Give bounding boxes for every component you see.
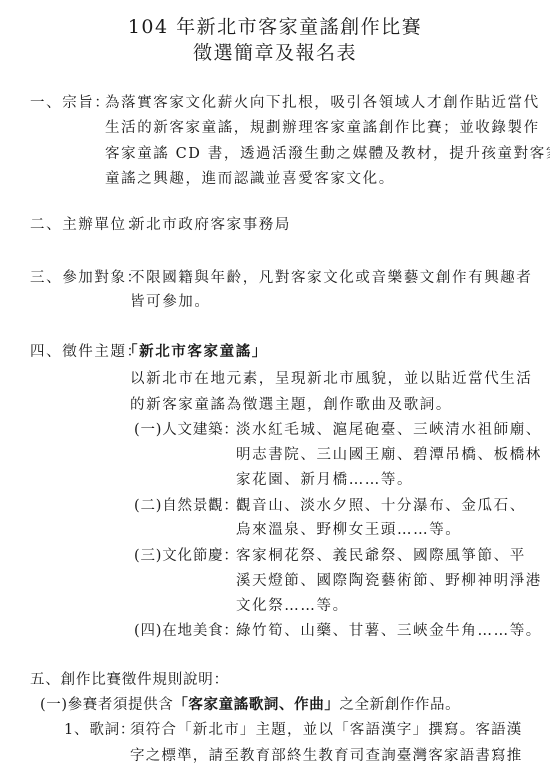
item-line: 客家桐花祭、義民爺祭、國際風箏節、平: [236, 546, 526, 566]
organizer-name: 新北市政府客家事務局: [130, 215, 291, 235]
item-label: (二)自然景觀：: [134, 496, 239, 516]
section-heading: 一、宗旨：: [30, 93, 111, 113]
item-line: 文化祭……等。: [236, 596, 349, 616]
rule-text: 之全新創作作品。: [339, 697, 460, 713]
item-line: 淡水紅毛城、滬尾砲臺、三峽清水祖師廟、: [236, 420, 542, 440]
document-page: 104 年新北市客家童謠創作比賽 徵選簡章及報名表 一、宗旨： 為落實客家文化薪…: [0, 0, 550, 770]
paragraph-line: 為落實客家文化薪火向下扎根，吸引各領域人才創作貼近當代: [105, 93, 540, 113]
rule-item-line: 須符合「新北市」主題，並以「客語漢字」撰寫。客語漢: [130, 720, 523, 740]
theme-title: 「新北市客家童謠」: [123, 342, 268, 362]
paragraph-line: 皆可參加。: [130, 292, 211, 312]
item-line: 溪天燈節、國際陶瓷藝術節、野柳神明淨港: [236, 571, 542, 591]
paragraph-line: 童謠之興趣，進而認識並喜愛客家文化。: [105, 169, 395, 189]
paragraph-line: 以新北市在地元素，呈現新北市風貌，並以貼近當代生活: [130, 369, 533, 389]
rule-item-line: 字之標準，請至教育部終生教育司查詢臺灣客家語書寫推: [130, 746, 523, 766]
item-line: 家花園、新月橋……等。: [236, 470, 413, 490]
item-line: 觀音山、淡水夕照、十分瀑布、金瓜石、: [236, 496, 526, 516]
item-label: (三)文化節慶：: [134, 546, 239, 566]
paragraph-line: 生活的新客家童謠，規劃辦理客家童謠創作比賽；並收錄製作: [105, 118, 540, 138]
rule-item-label: 1、歌詞：: [64, 720, 135, 740]
document-subtitle: 徵選簡章及報名表: [0, 38, 550, 65]
document-title: 104 年新北市客家童謠創作比賽: [0, 12, 550, 39]
item-label: (四)在地美食：: [134, 621, 239, 641]
section-heading: 二、主辦單位：: [30, 215, 143, 235]
rule-subsection: (一)參賽者須提供含「客家童謠歌詞、作曲」之全新創作作品。: [40, 695, 460, 715]
rule-emphasis: 「客家童謠歌詞、作曲」: [173, 696, 339, 713]
section-heading: 五、創作比賽徵件規則說明：: [30, 670, 229, 690]
item-line: 烏來溫泉、野柳女王頭……等。: [236, 520, 461, 540]
paragraph-line: 不限國籍與年齡，凡對客家文化或音樂藝文創作有興趣者: [130, 268, 533, 288]
paragraph-line: 的新客家童謠為徵選主題，創作歌曲及歌詞。: [130, 395, 452, 415]
section-heading: 三、參加對象：: [30, 268, 143, 288]
item-line: 明志書院、三山國王廟、碧潭吊橋、板橋林: [236, 445, 542, 465]
paragraph-line: 客家童謠 CD 書，透過活潑生動之媒體及教材，提升孩童對客家: [105, 144, 550, 164]
rule-text: (一)參賽者須提供含: [40, 697, 173, 713]
item-label: (一)人文建築：: [134, 420, 239, 440]
item-line: 綠竹筍、山藥、甘薯、三峽金牛角……等。: [236, 621, 542, 641]
